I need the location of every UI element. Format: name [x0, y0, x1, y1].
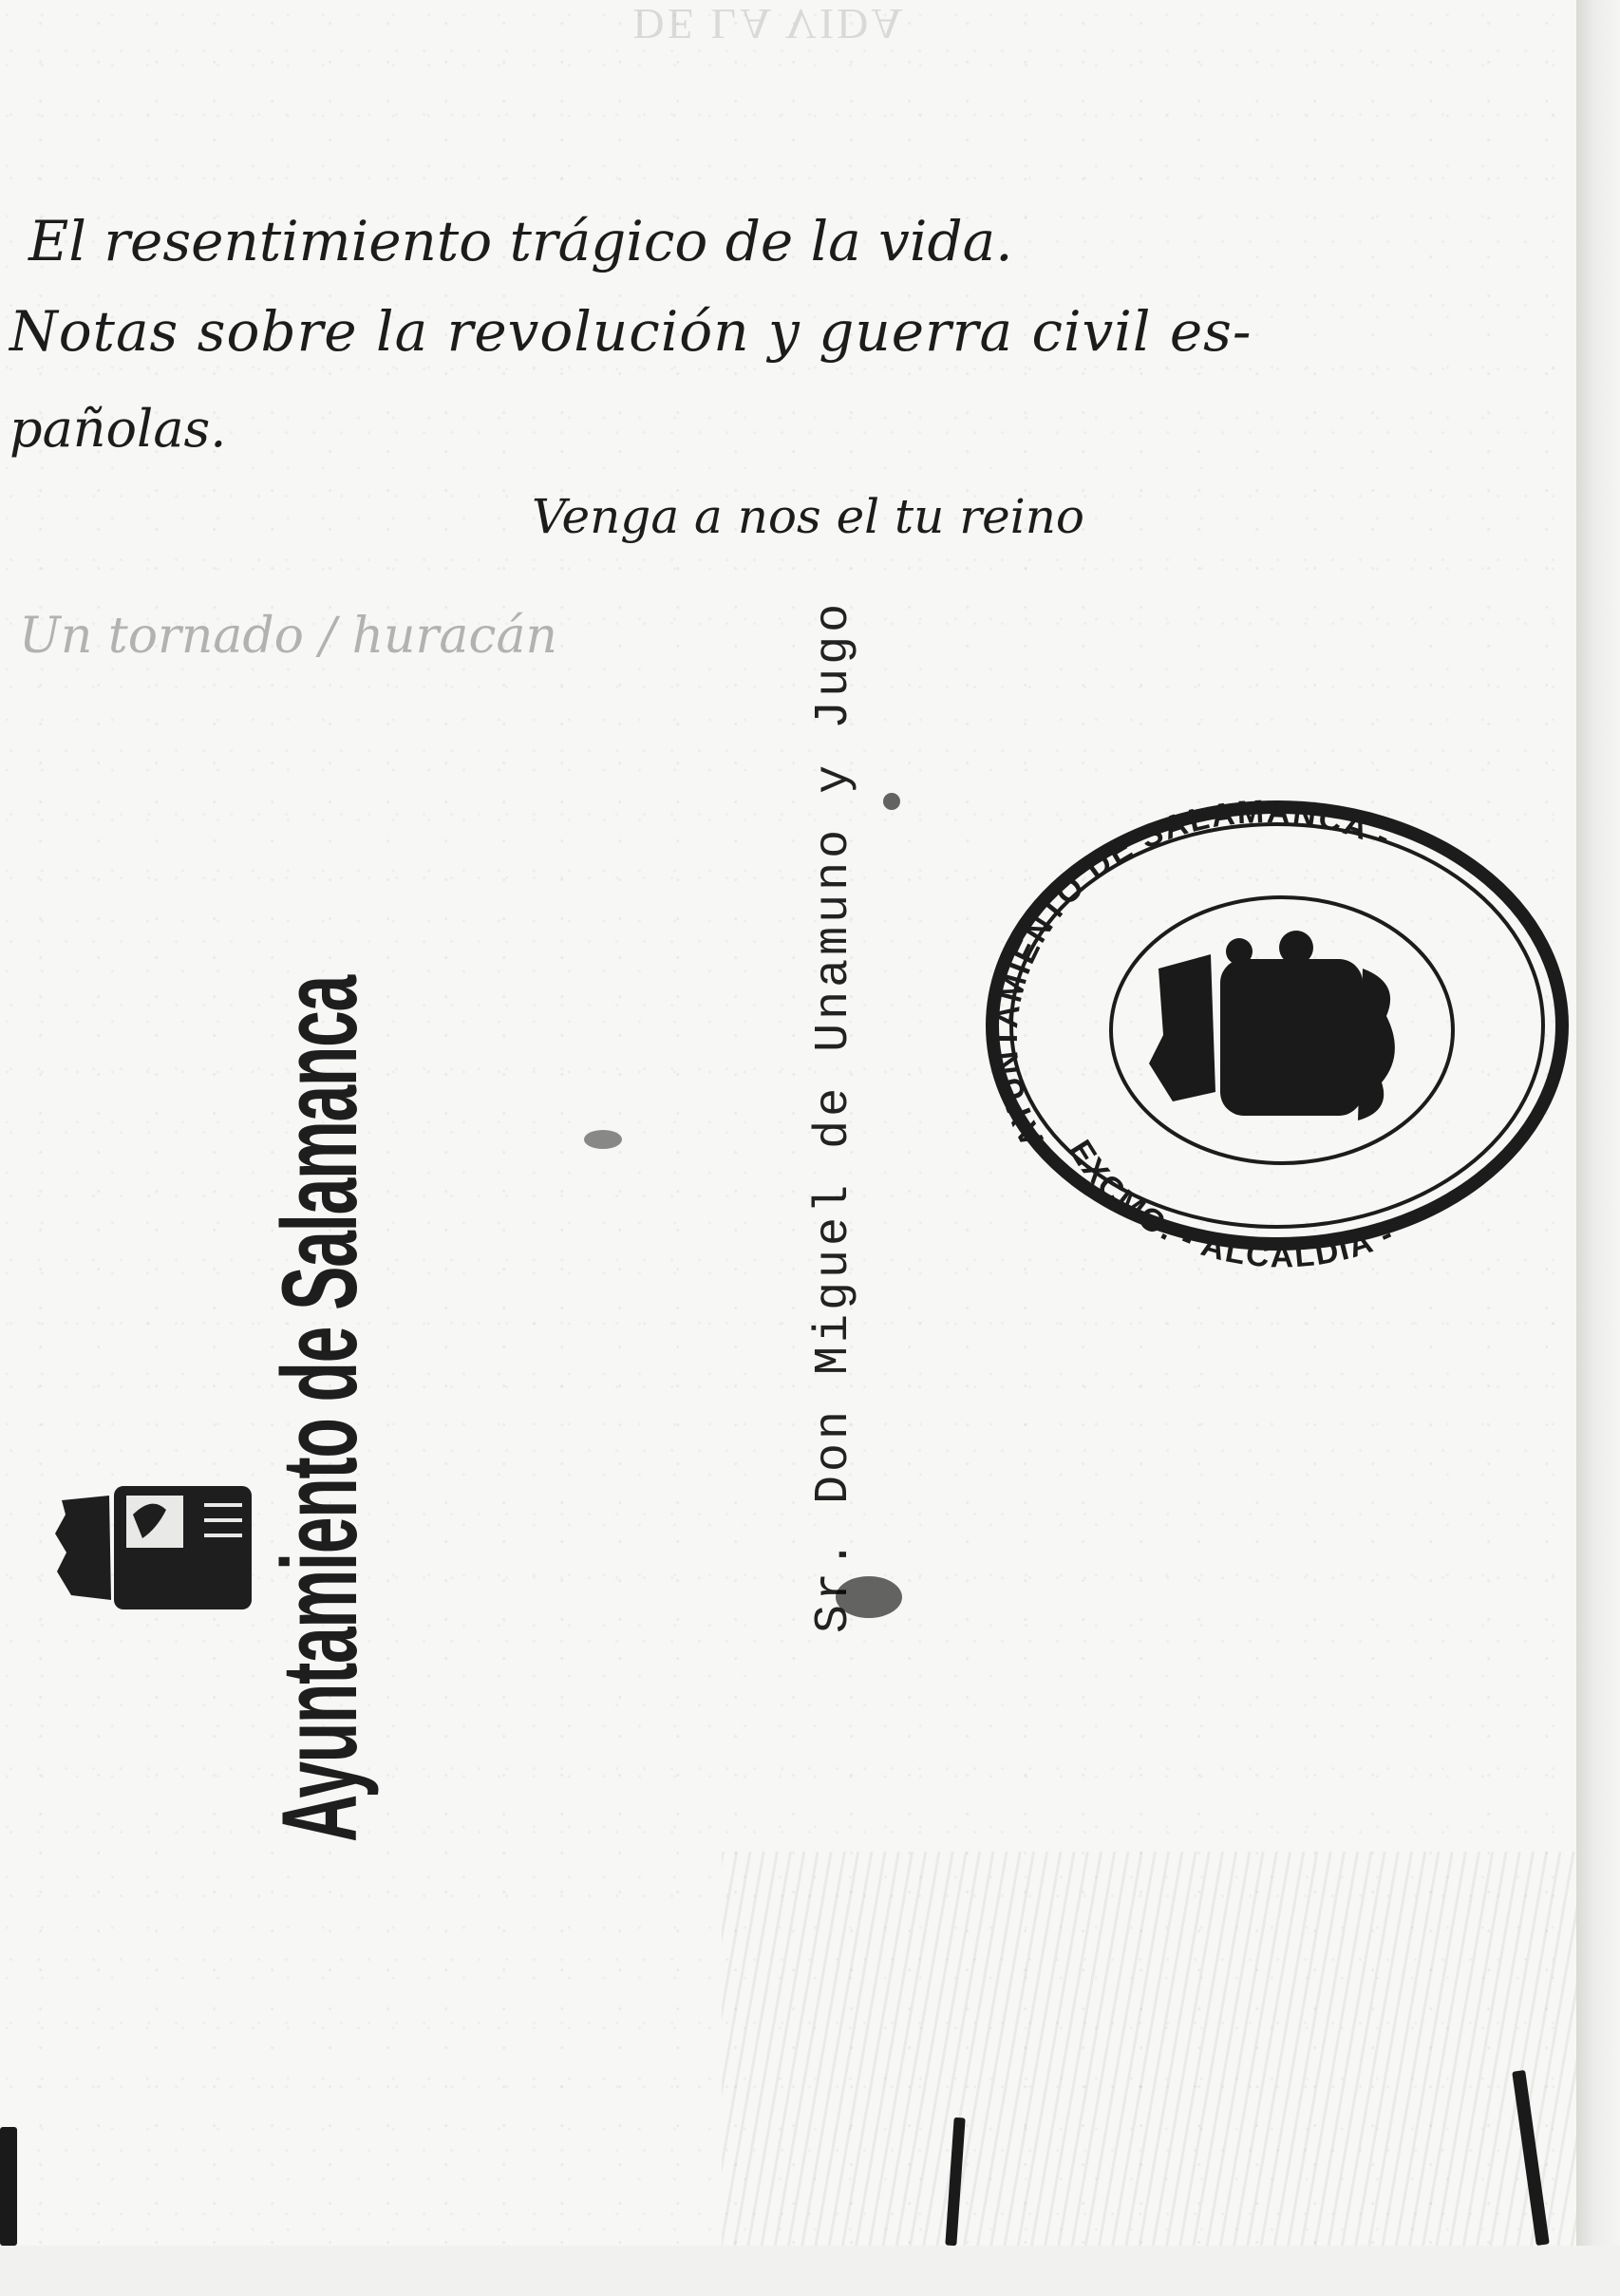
coat-of-arms-icon	[52, 1458, 256, 1619]
document-page: DE LA VIDA El resentimiento trágico de l…	[0, 0, 1576, 2246]
ink-blot	[883, 793, 900, 810]
ink-blot	[584, 1130, 622, 1149]
handwritten-line-2: Notas sobre la revolución y guerra civil…	[9, 299, 1253, 364]
handwritten-line-4: Venga a nos el tu reino	[532, 489, 1084, 544]
official-seal: AYUNTAMIENTO DE SALAMANCA - EXCMO. - ALC…	[954, 779, 1581, 1272]
handwritten-line-1: El resentimiento trágico de la vida.	[28, 209, 1013, 273]
ink-blot	[836, 1576, 902, 1618]
svg-text:EXCMO. - ALCALDIA -: EXCMO. - ALCALDIA -	[1062, 1134, 1400, 1272]
coat-of-arms-icon	[1149, 931, 1395, 1120]
handwritten-line-3: pañolas.	[9, 399, 226, 459]
seal-bottom-text: EXCMO. - ALCALDIA -	[1062, 1134, 1400, 1272]
addressee-line: Sr. Don Miguel de Unamuno y Jugo	[807, 600, 861, 1633]
letterhead-title: Ayuntamiento de Salamanca	[258, 976, 381, 1842]
paper-wear	[722, 1852, 1576, 2246]
scan-edge	[1576, 0, 1620, 2296]
paper-crack	[0, 2127, 17, 2246]
ghost-title-bleedthrough: DE LA VIDA	[532, 0, 1007, 47]
scan-margin	[0, 2246, 1620, 2296]
faint-pencil-note: Un tornado / huracán	[19, 608, 557, 665]
